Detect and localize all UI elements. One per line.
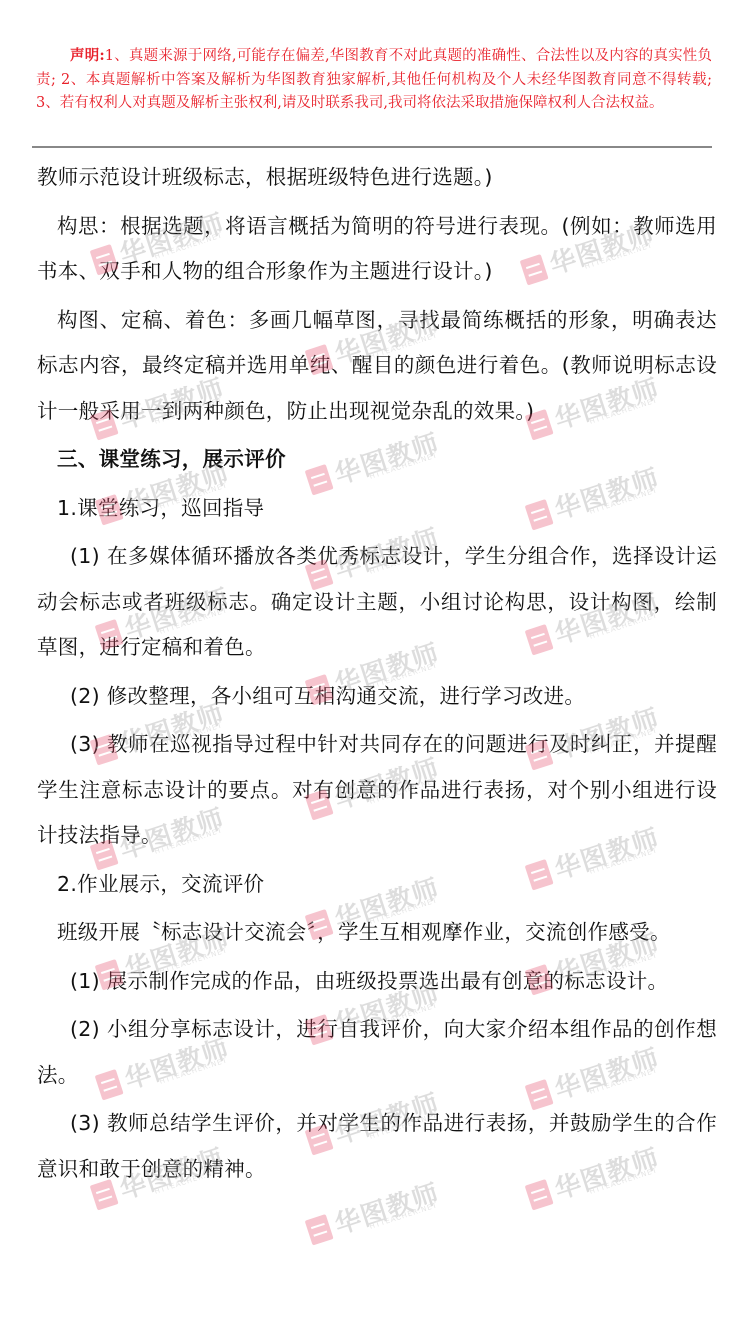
list-item: (2) 小组分享标志设计，进行自我评价，向大家介绍本组作品的创作想法。 [37,1007,717,1098]
subheading-display: 2.作业展示，交流评价 [37,862,717,908]
paragraph-exchange: 班级开展〝标志设计交流会〞，学生互相观摩作业，交流创作感受。 [37,910,717,956]
disclaimer-text: 1、真题来源于网络,可能存在偏差,华图教育不对此真题的准确性、合法性以及内容的真… [36,48,712,111]
list-item: (2) 修改整理，各小组可互相沟通交流，进行学习改进。 [37,674,717,720]
list-item: (1) 在多媒体循环播放各类优秀标志设计，学生分组合作，选择设计运动会标志或者班… [37,534,717,671]
watermark-logo-icon [305,1214,334,1246]
list-item: (3) 教师总结学生评价，并对学生的作品进行表扬，并鼓励学生的合作意识和敢于创意… [37,1101,717,1192]
subheading-practice: 1.课堂练习，巡回指导 [37,486,717,532]
list-item: (3) 教师在巡视指导过程中针对共同存在的问题进行及时纠正，并提醒学生注意标志设… [37,722,717,859]
disclaimer-lead: 声明: [70,47,105,64]
paragraph-topic: 教师示范设计班级标志，根据班级特色进行选题。) [37,155,717,201]
disclaimer: 声明:1、真题来源于网络,可能存在偏差,华图教育不对此真题的准确性、合法性以及内… [36,44,712,116]
section-heading: 三、课堂练习，展示评价 [37,437,717,483]
list-item: (1) 展示制作完成的作品，由班级投票选出最有创意的标志设计。 [37,959,717,1005]
header-divider [32,146,712,148]
paragraph-composition: 构图、定稿、着色：多画几幅草图，寻找最简练概括的形象，明确表达标志内容，最终定稿… [37,298,717,435]
paragraph-concept: 构思：根据选题，将语言概括为简明的符号进行表现。(例如：教师选用书本、双手和人物… [37,204,717,295]
document-body: 教师示范设计班级标志，根据班级特色进行选题。) 构思：根据选题，将语言概括为简明… [37,155,717,1195]
